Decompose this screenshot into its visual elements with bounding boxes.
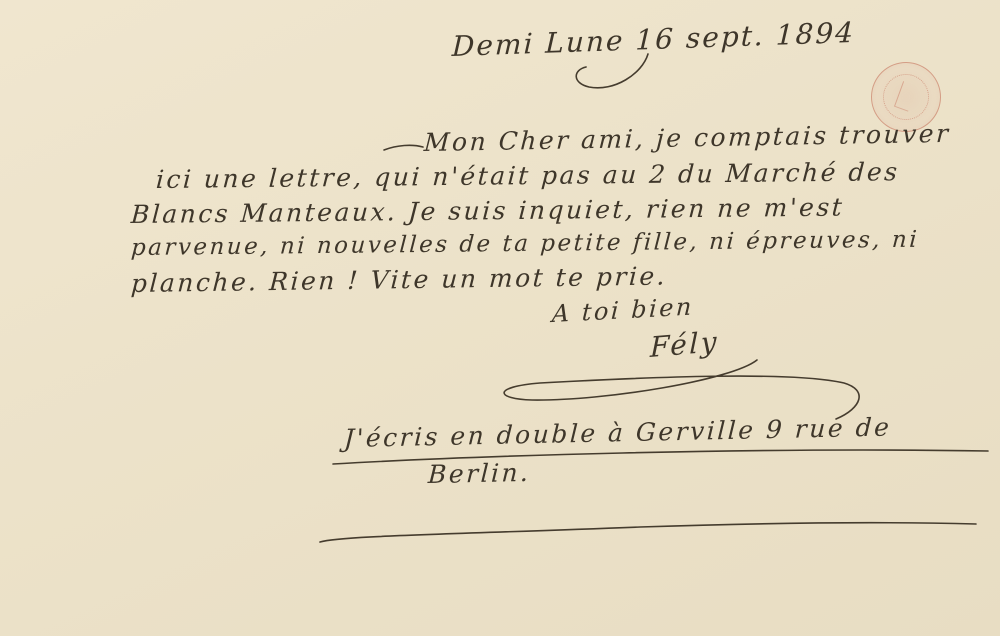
body-line-1: Mon Cher ami, je comptais trouver xyxy=(423,119,951,157)
body-line-5: planche. Rien ! Vite un mot te prie. xyxy=(130,262,668,299)
postscript-line-1: J'écris en double à Gerville 9 rue de xyxy=(343,413,892,454)
pen-flourishes xyxy=(0,0,1000,636)
body-line-2: ici une lettre, qui n'était pas au 2 du … xyxy=(155,157,900,194)
body-line-4: parvenue, ni nouvelles de ta petite fill… xyxy=(130,227,920,261)
signature: Fély xyxy=(650,325,720,364)
closing: A toi bien xyxy=(551,293,694,329)
letter-paper: Demi Lune 16 sept. 1894 Mon Cher ami, je… xyxy=(0,0,1000,636)
dateline-flourish xyxy=(576,54,648,88)
postscript-line-2: Berlin. xyxy=(427,458,531,489)
signature-flourish xyxy=(504,360,859,419)
body-line-3: Blancs Manteaux. Je suis inquiet, rien n… xyxy=(130,193,845,229)
bottom-rule xyxy=(320,523,976,542)
dateline: Demi Lune 16 sept. 1894 xyxy=(451,16,855,63)
indent-stroke xyxy=(384,145,423,150)
